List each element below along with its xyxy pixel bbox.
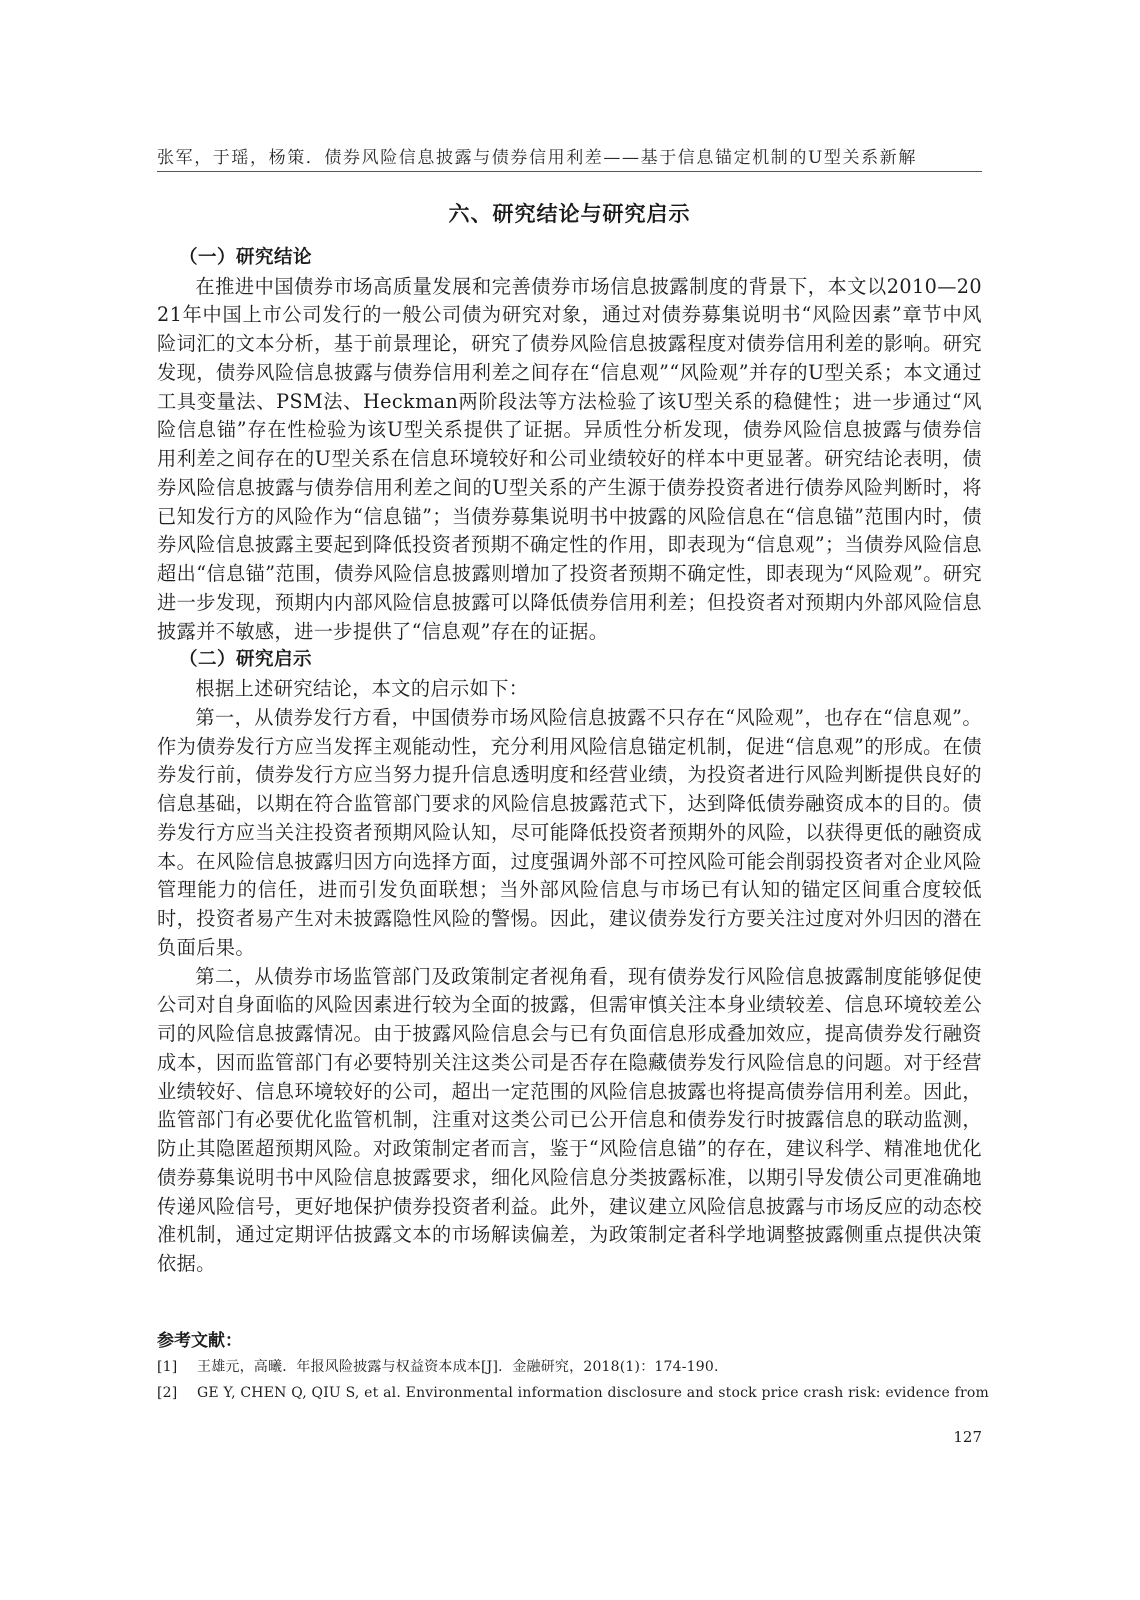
reference-item: [2] GE Y, CHEN Q, QIU S, et al. Environm…: [157, 1380, 982, 1406]
page-number: 127: [953, 1427, 982, 1447]
reference-item: [1] 王雄元，高曦．年报风险披露与权益资本成本[J]．金融研究，2018(1)…: [157, 1354, 982, 1380]
reference-text: GE Y, CHEN Q, QIU S, et al. Environmenta…: [197, 1380, 989, 1406]
references-heading: 参考文献：: [157, 1328, 982, 1354]
paragraph: 第二，从债券市场监管部门及政策制定者视角看，现有债券发行风险信息披露制度能够促使…: [157, 963, 982, 1279]
reference-text: 王雄元，高曦．年报风险披露与权益资本成本[J]．金融研究，2018(1)：174…: [197, 1354, 719, 1380]
body-text: （一）研究结论 在推进中国债券市场高质量发展和完善债券市场信息披露制度的背景下，…: [157, 244, 982, 1279]
section-title: 六、研究结论与研究启示: [157, 199, 982, 229]
references-section: 参考文献： [1] 王雄元，高曦．年报风险披露与权益资本成本[J]．金融研究，2…: [157, 1328, 982, 1406]
subsection-heading-conclusions: （一）研究结论: [157, 244, 982, 273]
paragraph: 在推进中国债券市场高质量发展和完善债券市场信息披露制度的背景下，本文以2010—…: [157, 273, 982, 647]
subsection-heading-implications: （二）研究启示: [157, 646, 982, 675]
reference-number: [1]: [157, 1354, 197, 1380]
paragraph: 第一，从债券发行方看，中国债券市场风险信息披露不只存在“风险观”，也存在“信息观…: [157, 704, 982, 963]
running-head: 张军，于瑶，杨策．债券风险信息披露与债券信用利差——基于信息锚定机制的U型关系新…: [157, 147, 982, 169]
header-divider: [157, 171, 982, 172]
reference-number: [2]: [157, 1380, 197, 1406]
paragraph: 根据上述研究结论，本文的启示如下：: [157, 675, 982, 704]
